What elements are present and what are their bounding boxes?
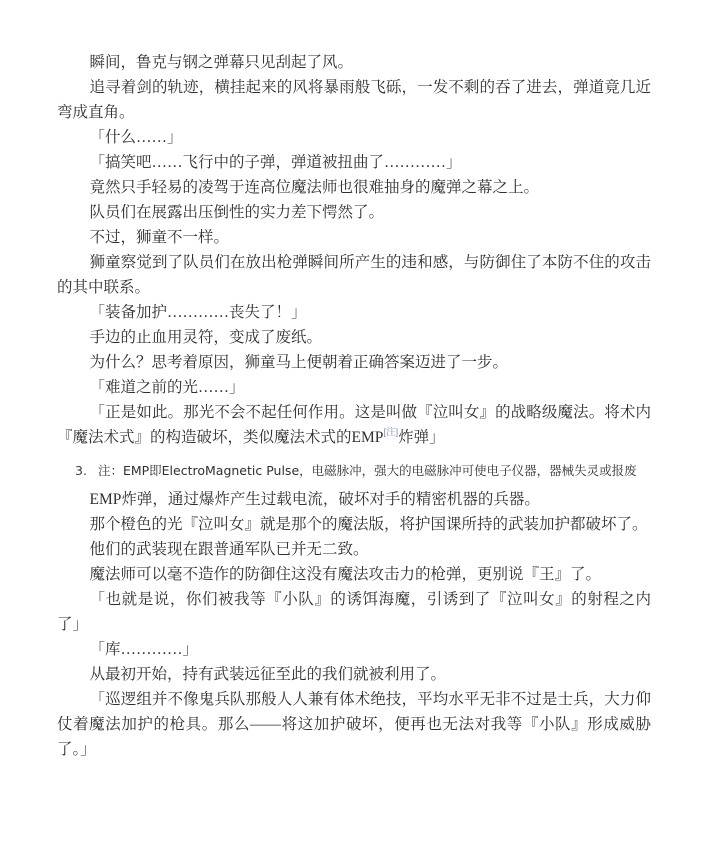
paragraph: 从最初开始，持有武装远征至此的我们就被利用了。 xyxy=(57,662,651,687)
novel-page: 瞬间，鲁克与钢之弹幕只见刮起了风。 追寻着剑的轨迹，横挂起来的风将暴雨般飞砾，一… xyxy=(0,0,708,850)
paragraph: 他们的武装现在跟普通军队已并无二致。 xyxy=(57,537,651,562)
paragraph-text: 炸弹」 xyxy=(398,429,445,446)
paragraph: 「巡逻组并不像鬼兵队那般人人兼有体术绝技，平均水平无非不过是士兵，大力仰仗着魔法… xyxy=(57,687,651,762)
paragraph: 「搞笑吧……飞行中的子弹，弹道被扭曲了…………」 xyxy=(57,150,651,175)
paragraph: 「库…………」 xyxy=(57,637,651,662)
paragraph: 瞬间，鲁克与钢之弹幕只见刮起了风。 xyxy=(57,50,651,75)
paragraph: 「也就是说，你们被我等『小队』的诱饵海魔，引诱到了『泣叫女』的射程之内了」 xyxy=(57,587,651,637)
paragraph: 为什么？思考着原因，狮童马上便朝着正确答案迈进了一步。 xyxy=(57,350,651,375)
paragraph: 手边的止血用灵符，变成了废纸。 xyxy=(57,325,651,350)
paragraph: 「装备加护…………丧失了！」 xyxy=(57,300,651,325)
page-text-content: 瞬间，鲁克与钢之弹幕只见刮起了风。 追寻着剑的轨迹，横挂起来的风将暴雨般飞砾，一… xyxy=(57,50,651,762)
paragraph: 不过，狮童不一样。 xyxy=(57,225,651,250)
note-reference-link[interactable]: [注] xyxy=(383,427,398,438)
paragraph: 魔法师可以毫不造作的防御住这没有魔法攻击力的枪弹，更别说『王』了。 xyxy=(57,562,651,587)
paragraph: EMP炸弹，通过爆炸产生过载电流，破坏对手的精密机器的兵器。 xyxy=(57,487,651,512)
paragraph-text: 「正是如此。那光不会不起任何作用。这是叫做『泣叫女』的战略级魔法。将术内『魔法术… xyxy=(57,404,651,446)
paragraph: 狮童察觉到了队员们在放出枪弹瞬间所产生的违和感，与防御住了本防不住的攻击的其中联… xyxy=(57,250,651,300)
footnote-number: 3. xyxy=(75,460,87,481)
footnote: 3. 注：EMP即ElectroMagnetic Pulse，电磁脉冲，强大的电… xyxy=(75,460,651,481)
footnote-text: 注：EMP即ElectroMagnetic Pulse，电磁脉冲，强大的电磁脉冲… xyxy=(98,460,651,481)
paragraph: 追寻着剑的轨迹，横挂起来的风将暴雨般飞砾，一发不剩的吞了进去，弹道竟几近弯成直角… xyxy=(57,75,651,125)
paragraph: 竟然只手轻易的凌驾于连高位魔法师也很难抽身的魔弹之幕之上。 xyxy=(57,175,651,200)
paragraph-with-note: 「正是如此。那光不会不起任何作用。这是叫做『泣叫女』的战略级魔法。将术内『魔法术… xyxy=(57,400,651,450)
paragraph: 「难道之前的光……」 xyxy=(57,375,651,400)
paragraph: 「什么……」 xyxy=(57,125,651,150)
paragraph: 那个橙色的光『泣叫女』就是那个的魔法版，将护国课所持的武装加护都破坏了。 xyxy=(57,512,651,537)
paragraph: 队员们在展露出压倒性的实力差下愕然了。 xyxy=(57,200,651,225)
